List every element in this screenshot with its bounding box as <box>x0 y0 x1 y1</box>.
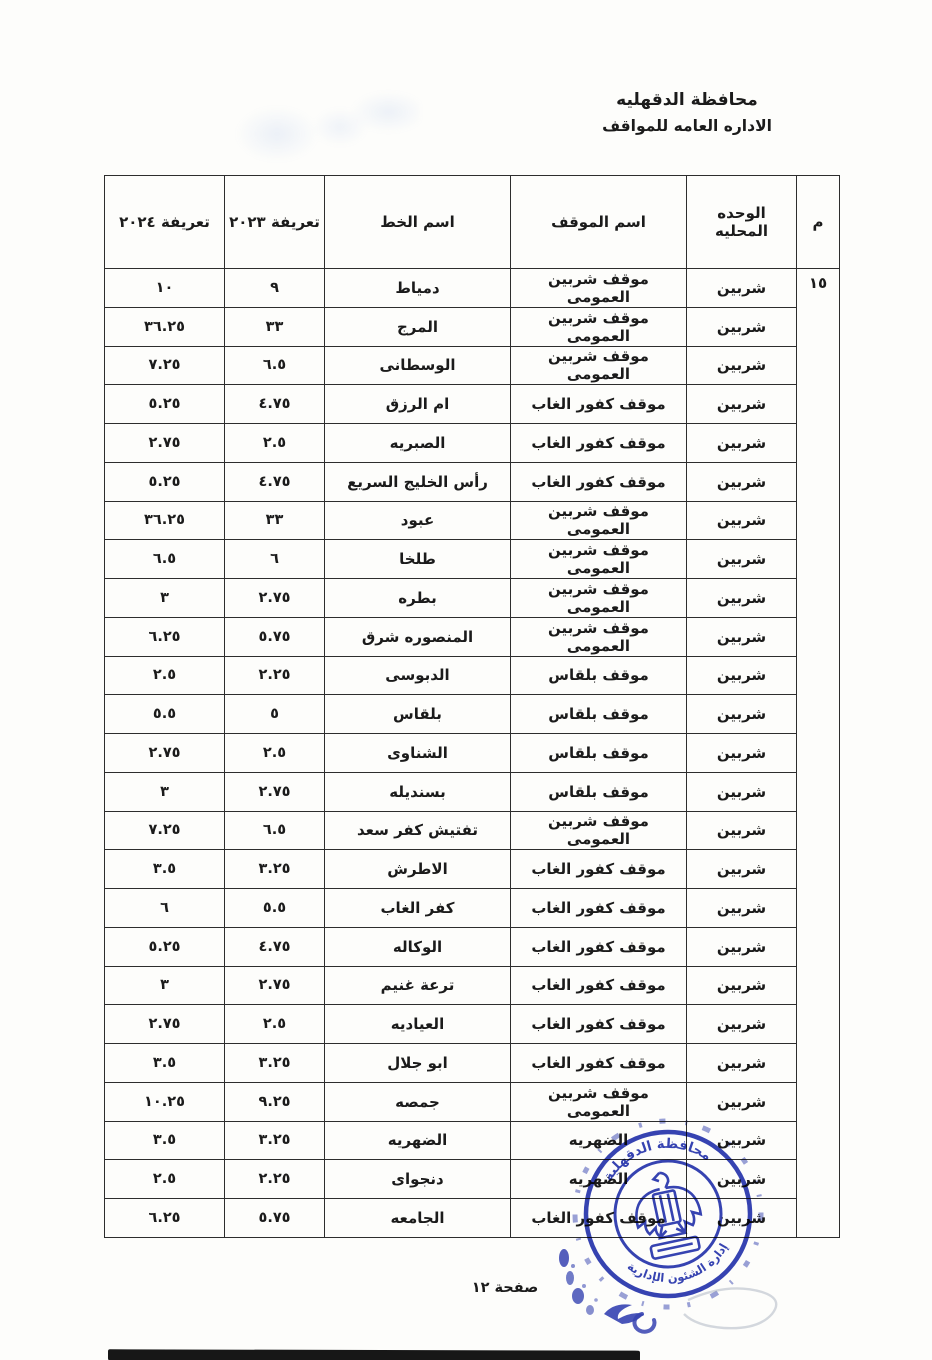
cell-t2023: ٣٣ <box>225 307 325 346</box>
cell-t2024: ٣.٥ <box>105 1121 225 1160</box>
cell-stop: موقف بلقاس <box>511 695 687 734</box>
cell-stop: موقف كفور الغاب <box>511 1044 687 1083</box>
cell-t2023: ٣.٢٥ <box>225 1121 325 1160</box>
cell-t2023: ٢.٧٥ <box>225 772 325 811</box>
serial-cell: ١٥ <box>797 269 840 1238</box>
cell-t2024: ٥.٥ <box>105 695 225 734</box>
cell-t2024: ٣ <box>105 772 225 811</box>
table-row: شربينموقف شربين العمومىالمرج٣٣٣٦.٢٥ <box>105 307 840 346</box>
cell-t2023: ٣٣ <box>225 501 325 540</box>
faint-stamp-smudge <box>210 72 420 172</box>
cell-t2023: ٥.٧٥ <box>225 617 325 656</box>
cell-t2023: ٢.٥ <box>225 1005 325 1044</box>
table-row: شربينموقف كفور الغابالصبريه٢.٥٢.٧٥ <box>105 424 840 463</box>
cell-line: دنجواى <box>325 1160 511 1199</box>
column-header-unit: الوحده المحليه <box>687 176 797 269</box>
faint-gray-swirl <box>684 1288 776 1328</box>
cell-t2024: ٢.٧٥ <box>105 1005 225 1044</box>
column-header-m: م <box>797 176 840 269</box>
cell-line: بسنديله <box>325 772 511 811</box>
cell-line: الوسطانى <box>325 346 511 385</box>
cell-unit: شربين <box>687 617 797 656</box>
column-header-stop: اسم الموقف <box>511 176 687 269</box>
header-department: الاداره العامه للمواقف <box>592 117 782 135</box>
cell-t2024: ٣.٥ <box>105 850 225 889</box>
cell-t2023: ٢.٢٥ <box>225 1160 325 1199</box>
table-row: شربينموقف بلقاسبلقاس٥٥.٥ <box>105 695 840 734</box>
cell-t2023: ٢.٥ <box>225 424 325 463</box>
cell-line: ام الرزق <box>325 385 511 424</box>
cell-t2023: ٤.٧٥ <box>225 385 325 424</box>
cell-unit: شربين <box>687 927 797 966</box>
cell-stop: موقف شربين العمومى <box>511 269 687 308</box>
column-header-t2023: تعريفة ٢٠٢٣ <box>225 176 325 269</box>
stamp-bottom-text: إدارة الشئون الإدارية <box>623 1239 736 1296</box>
table-row: شربينموقف شربين العمومىالمنصوره شرق٥.٧٥٦… <box>105 617 840 656</box>
cell-unit: شربين <box>687 1160 797 1199</box>
table-row: شربينموقف كفور الغابترعة غنيم٢.٧٥٣ <box>105 966 840 1005</box>
cell-t2024: ٥.٢٥ <box>105 927 225 966</box>
header-row: مالوحده المحليهاسم الموقفاسم الخطتعريفة … <box>105 176 840 269</box>
document-header: محافظة الدقهليه الاداره العامه للمواقف <box>592 90 782 135</box>
table-row: شربينالضهريهالضهريه٣.٢٥٣.٥ <box>105 1121 840 1160</box>
cell-unit: شربين <box>687 424 797 463</box>
cell-t2024: ٣ <box>105 966 225 1005</box>
cell-line: جمصه <box>325 1082 511 1121</box>
cell-t2023: ٩.٢٥ <box>225 1082 325 1121</box>
cell-unit: شربين <box>687 772 797 811</box>
cell-line: الشناوى <box>325 734 511 773</box>
cell-unit: شربين <box>687 734 797 773</box>
cell-line: الدبوسى <box>325 656 511 695</box>
table-row: شربينموقف كفور الغابالجامعه٥.٧٥٦.٢٥ <box>105 1199 840 1238</box>
cell-unit: شربين <box>687 966 797 1005</box>
cell-unit: شربين <box>687 1121 797 1160</box>
cell-unit: شربين <box>687 385 797 424</box>
header-governorate: محافظة الدقهليه <box>592 90 782 110</box>
cell-t2023: ٢.٧٥ <box>225 966 325 1005</box>
cell-line: كفر الغاب <box>325 889 511 928</box>
cell-unit: شربين <box>687 1044 797 1083</box>
cell-t2023: ٥.٥ <box>225 889 325 928</box>
cell-t2024: ١٠.٢٥ <box>105 1082 225 1121</box>
cell-t2024: ٢.٧٥ <box>105 734 225 773</box>
cell-unit: شربين <box>687 1199 797 1238</box>
cell-line: الاطرش <box>325 850 511 889</box>
table-row: شربينموقف شربين العمومىطلخا٦٦.٥ <box>105 540 840 579</box>
cell-unit: شربين <box>687 811 797 850</box>
cell-stop: موقف شربين العمومى <box>511 1082 687 1121</box>
stamp-hook-mark <box>634 1314 654 1332</box>
column-header-line: اسم الخط <box>325 176 511 269</box>
cell-stop: موقف بلقاس <box>511 656 687 695</box>
cell-t2023: ٣.٢٥ <box>225 850 325 889</box>
cell-stop: موقف كفور الغاب <box>511 424 687 463</box>
cell-unit: شربين <box>687 1082 797 1121</box>
cell-line: رأس الخليج السريع <box>325 462 511 501</box>
cell-stop: الضهريه <box>511 1160 687 1199</box>
table-row: شربينموقف كفور الغابرأس الخليج السريع٤.٧… <box>105 462 840 501</box>
table-row: شربينموقف بلقاسبسنديله٢.٧٥٣ <box>105 772 840 811</box>
cell-t2024: ٣٦.٢٥ <box>105 501 225 540</box>
cell-line: تفتيش كفر سعد <box>325 811 511 850</box>
cell-line: الضهريه <box>325 1121 511 1160</box>
cell-stop: الضهريه <box>511 1121 687 1160</box>
cell-line: الوكاله <box>325 927 511 966</box>
cell-t2023: ٤.٧٥ <box>225 462 325 501</box>
table-row: شربينموقف بلقاسالشناوى٢.٥٢.٧٥ <box>105 734 840 773</box>
table-row: شربينموقف كفور الغابابو جلال٣.٢٥٣.٥ <box>105 1044 840 1083</box>
cell-stop: موقف شربين العمومى <box>511 579 687 618</box>
cell-t2023: ٦.٥ <box>225 811 325 850</box>
cell-line: المرج <box>325 307 511 346</box>
cell-t2024: ٦.٥ <box>105 540 225 579</box>
table-row: شربينموقف كفور الغابالوكاله٤.٧٥٥.٢٥ <box>105 927 840 966</box>
cell-stop: موقف بلقاس <box>511 772 687 811</box>
cell-stop: موقف كفور الغاب <box>511 1199 687 1238</box>
table-head: مالوحده المحليهاسم الموقفاسم الخطتعريفة … <box>105 176 840 269</box>
svg-text:إدارة الشئون الإدارية: إدارة الشئون الإدارية <box>623 1239 736 1296</box>
cell-t2024: ٣.٥ <box>105 1044 225 1083</box>
cell-stop: موقف كفور الغاب <box>511 966 687 1005</box>
cell-line: بلقاس <box>325 695 511 734</box>
cell-line: الصبريه <box>325 424 511 463</box>
cell-unit: شربين <box>687 269 797 308</box>
table-row: شربينالضهريهدنجواى٢.٢٥٢.٥ <box>105 1160 840 1199</box>
table-row: شربينموقف شربين العمومىبطره٢.٧٥٣ <box>105 579 840 618</box>
cell-unit: شربين <box>687 540 797 579</box>
stamp-squiggle-mark <box>604 1304 644 1324</box>
document-page: محافظة الدقهليه الاداره العامه للمواقف م… <box>0 0 932 1360</box>
cell-stop: موقف شربين العمومى <box>511 307 687 346</box>
cell-stop: موقف كفور الغاب <box>511 462 687 501</box>
cell-line: ترعة غنيم <box>325 966 511 1005</box>
cell-t2024: ٢.٧٥ <box>105 424 225 463</box>
cell-unit: شربين <box>687 579 797 618</box>
cell-t2024: ٣٦.٢٥ <box>105 307 225 346</box>
cell-t2023: ٩ <box>225 269 325 308</box>
cell-stop: موقف بلقاس <box>511 734 687 773</box>
cell-t2024: ٧.٢٥ <box>105 346 225 385</box>
cell-t2023: ٦ <box>225 540 325 579</box>
cell-unit: شربين <box>687 1005 797 1044</box>
cell-line: العياديه <box>325 1005 511 1044</box>
cell-line: دمياط <box>325 269 511 308</box>
cell-t2024: ٢.٥ <box>105 656 225 695</box>
cell-stop: موقف كفور الغاب <box>511 850 687 889</box>
page-number: صفحة ١٢ <box>455 1280 555 1296</box>
cell-t2024: ٦ <box>105 889 225 928</box>
cell-t2023: ٤.٧٥ <box>225 927 325 966</box>
cell-unit: شربين <box>687 850 797 889</box>
cell-t2024: ٣ <box>105 579 225 618</box>
cell-unit: شربين <box>687 656 797 695</box>
table-row: شربينموقف كفور الغابالاطرش٣.٢٥٣.٥ <box>105 850 840 889</box>
cell-stop: موقف شربين العمومى <box>511 501 687 540</box>
cell-t2023: ٢.٢٥ <box>225 656 325 695</box>
cell-unit: شربين <box>687 889 797 928</box>
table-row: شربينموقف شربين العمومىجمصه٩.٢٥١٠.٢٥ <box>105 1082 840 1121</box>
table-row: شربينموقف بلقاسالدبوسى٢.٢٥٢.٥ <box>105 656 840 695</box>
cell-t2024: ٥.٢٥ <box>105 462 225 501</box>
cell-stop: موقف كفور الغاب <box>511 889 687 928</box>
cell-line: بطره <box>325 579 511 618</box>
table-row: شربينموقف شربين العمومىتفتيش كفر سعد٦.٥٧… <box>105 811 840 850</box>
cell-t2024: ١٠ <box>105 269 225 308</box>
cell-stop: موقف كفور الغاب <box>511 1005 687 1044</box>
cell-stop: موقف شربين العمومى <box>511 811 687 850</box>
cell-unit: شربين <box>687 346 797 385</box>
cell-t2023: ٣.٢٥ <box>225 1044 325 1083</box>
cell-t2023: ٢.٧٥ <box>225 579 325 618</box>
cell-line: طلخا <box>325 540 511 579</box>
cell-stop: موقف شربين العمومى <box>511 540 687 579</box>
cell-line: الجامعه <box>325 1199 511 1238</box>
cell-t2024: ٦.٢٥ <box>105 1199 225 1238</box>
cell-unit: شربين <box>687 307 797 346</box>
cell-unit: شربين <box>687 695 797 734</box>
table-row: شربينموقف كفور الغابام الرزق٤.٧٥٥.٢٥ <box>105 385 840 424</box>
cell-t2023: ٦.٥ <box>225 346 325 385</box>
scan-edge-artifact <box>108 1349 640 1360</box>
cell-t2023: ٥.٧٥ <box>225 1199 325 1238</box>
table-row: شربينموقف شربين العمومىالوسطانى٦.٥٧.٢٥ <box>105 346 840 385</box>
cell-stop: موقف شربين العمومى <box>511 617 687 656</box>
column-header-t2024: تعريفة ٢٠٢٤ <box>105 176 225 269</box>
cell-stop: موقف كفور الغاب <box>511 385 687 424</box>
cell-t2024: ٥.٢٥ <box>105 385 225 424</box>
cell-stop: موقف شربين العمومى <box>511 346 687 385</box>
table-body: ١٥شربينموقف شربين العمومىدمياط٩١٠شربينمو… <box>105 269 840 1238</box>
cell-t2024: ٧.٢٥ <box>105 811 225 850</box>
cell-stop: موقف كفور الغاب <box>511 927 687 966</box>
cell-line: ابو جلال <box>325 1044 511 1083</box>
table-row: شربينموقف شربين العمومىعبود٣٣٣٦.٢٥ <box>105 501 840 540</box>
cell-t2023: ٢.٥ <box>225 734 325 773</box>
cell-line: المنصوره شرق <box>325 617 511 656</box>
cell-line: عبود <box>325 501 511 540</box>
table-row: شربينموقف كفور الغابالعياديه٢.٥٢.٧٥ <box>105 1005 840 1044</box>
table-row: شربينموقف كفور الغابكفر الغاب٥.٥٦ <box>105 889 840 928</box>
cell-t2024: ٢.٥ <box>105 1160 225 1199</box>
cell-unit: شربين <box>687 501 797 540</box>
cell-unit: شربين <box>687 462 797 501</box>
tariff-table: مالوحده المحليهاسم الموقفاسم الخطتعريفة … <box>104 175 840 1238</box>
table-row: ١٥شربينموقف شربين العمومىدمياط٩١٠ <box>105 269 840 308</box>
cell-t2024: ٦.٢٥ <box>105 617 225 656</box>
cell-t2023: ٥ <box>225 695 325 734</box>
stamp-ink-blotches <box>559 1249 598 1315</box>
